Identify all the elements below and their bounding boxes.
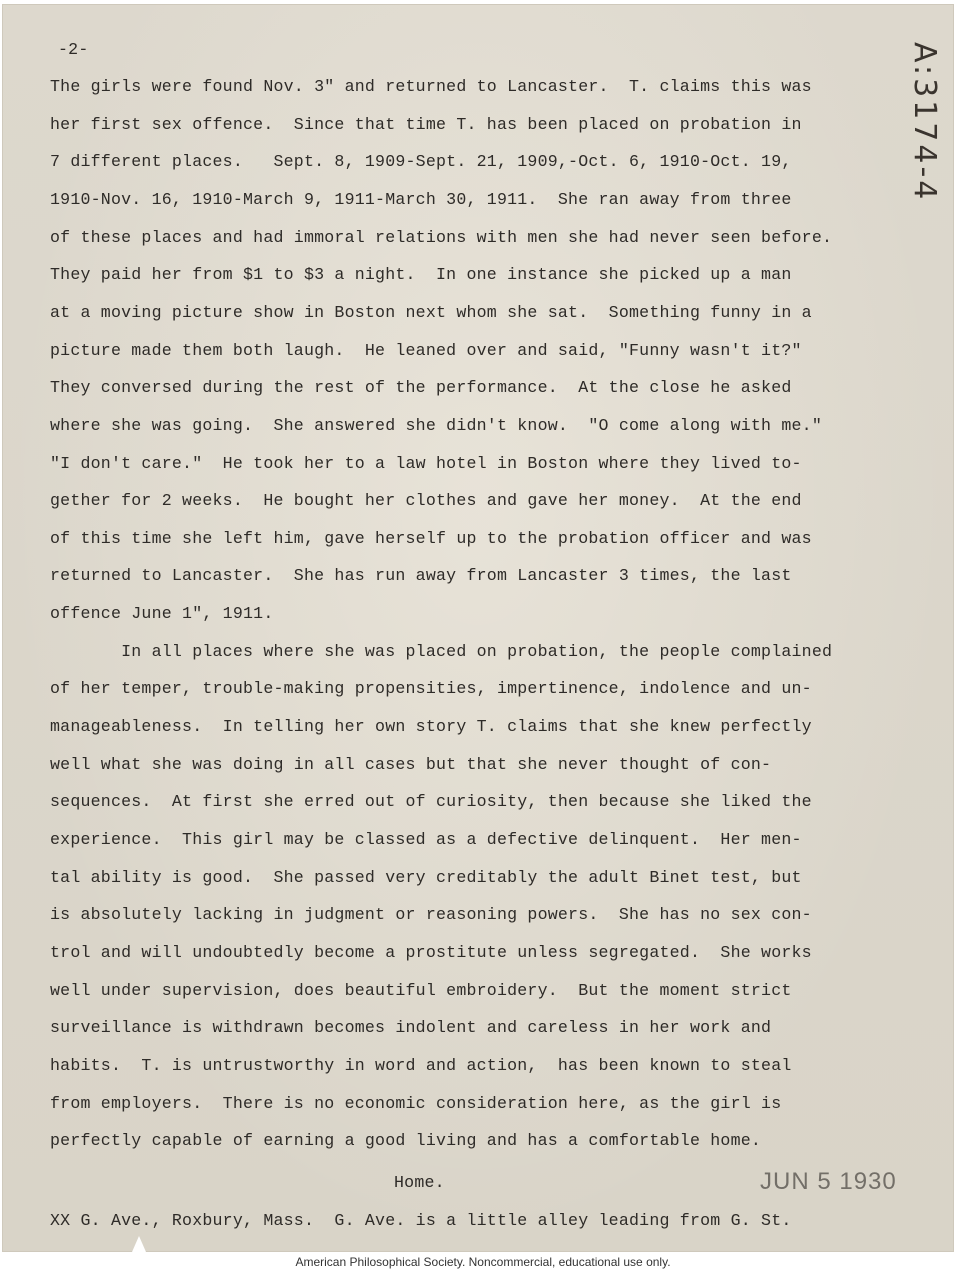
home-heading: Home. [394, 1173, 445, 1192]
text-line: experience. This girl may be classed as … [50, 830, 802, 849]
text-line: where she was going. She answered she di… [50, 416, 822, 435]
text-line: habits. T. is untrustworthy in word and … [50, 1056, 792, 1075]
text-line: well what she was doing in all cases but… [50, 755, 771, 774]
text-line: surveillance is withdrawn becomes indole… [50, 1018, 771, 1037]
text-line: picture made them both laugh. He leaned … [50, 341, 802, 360]
text-line: of this time she left him, gave herself … [50, 529, 812, 548]
page-number: -2- [58, 40, 88, 59]
text-line: returned to Lancaster. She has run away … [50, 566, 792, 585]
text-line: sequences. At first she erred out of cur… [50, 792, 812, 811]
date-stamp: JUN 5 1930 [760, 1168, 897, 1196]
text-line: tal ability is good. She passed very cre… [50, 868, 802, 887]
text-line: of these places and had immoral relation… [50, 228, 832, 247]
handwritten-accession-number: A:3174-4 [907, 42, 942, 202]
text-line: They conversed during the rest of the pe… [50, 378, 792, 397]
text-line: from employers. There is no economic con… [50, 1094, 781, 1113]
text-line: 1910-Nov. 16, 1910-March 9, 1911-March 3… [50, 190, 792, 209]
text-line: trol and will undoubtedly become a prost… [50, 943, 812, 962]
text-line: her first sex offence. Since that time T… [50, 115, 802, 134]
text-line: perfectly capable of earning a good livi… [50, 1131, 761, 1150]
text-line: offence June 1", 1911. [50, 604, 273, 623]
text-line: is absolutely lacking in judgment or rea… [50, 905, 812, 924]
address-line: XX G. Ave., Roxbury, Mass. G. Ave. is a … [50, 1211, 792, 1230]
text-line: manageableness. In telling her own story… [50, 717, 812, 736]
text-line: well under supervision, does beautiful e… [50, 981, 792, 1000]
text-line: gether for 2 weeks. He bought her clothe… [50, 491, 802, 510]
text-line: The girls were found Nov. 3" and returne… [50, 77, 812, 96]
paper-notch [132, 1236, 146, 1252]
text-line: 7 different places. Sept. 8, 1909-Sept. … [50, 152, 792, 171]
footer-credit: American Philosophical Society. Noncomme… [0, 1255, 966, 1269]
text-line: In all places where she was placed on pr… [50, 642, 832, 661]
text-line: at a moving picture show in Boston next … [50, 303, 812, 322]
text-line: They paid her from $1 to $3 a night. In … [50, 265, 792, 284]
text-line: "I don't care." He took her to a law hot… [50, 454, 802, 473]
text-line: of her temper, trouble-making propensiti… [50, 679, 812, 698]
